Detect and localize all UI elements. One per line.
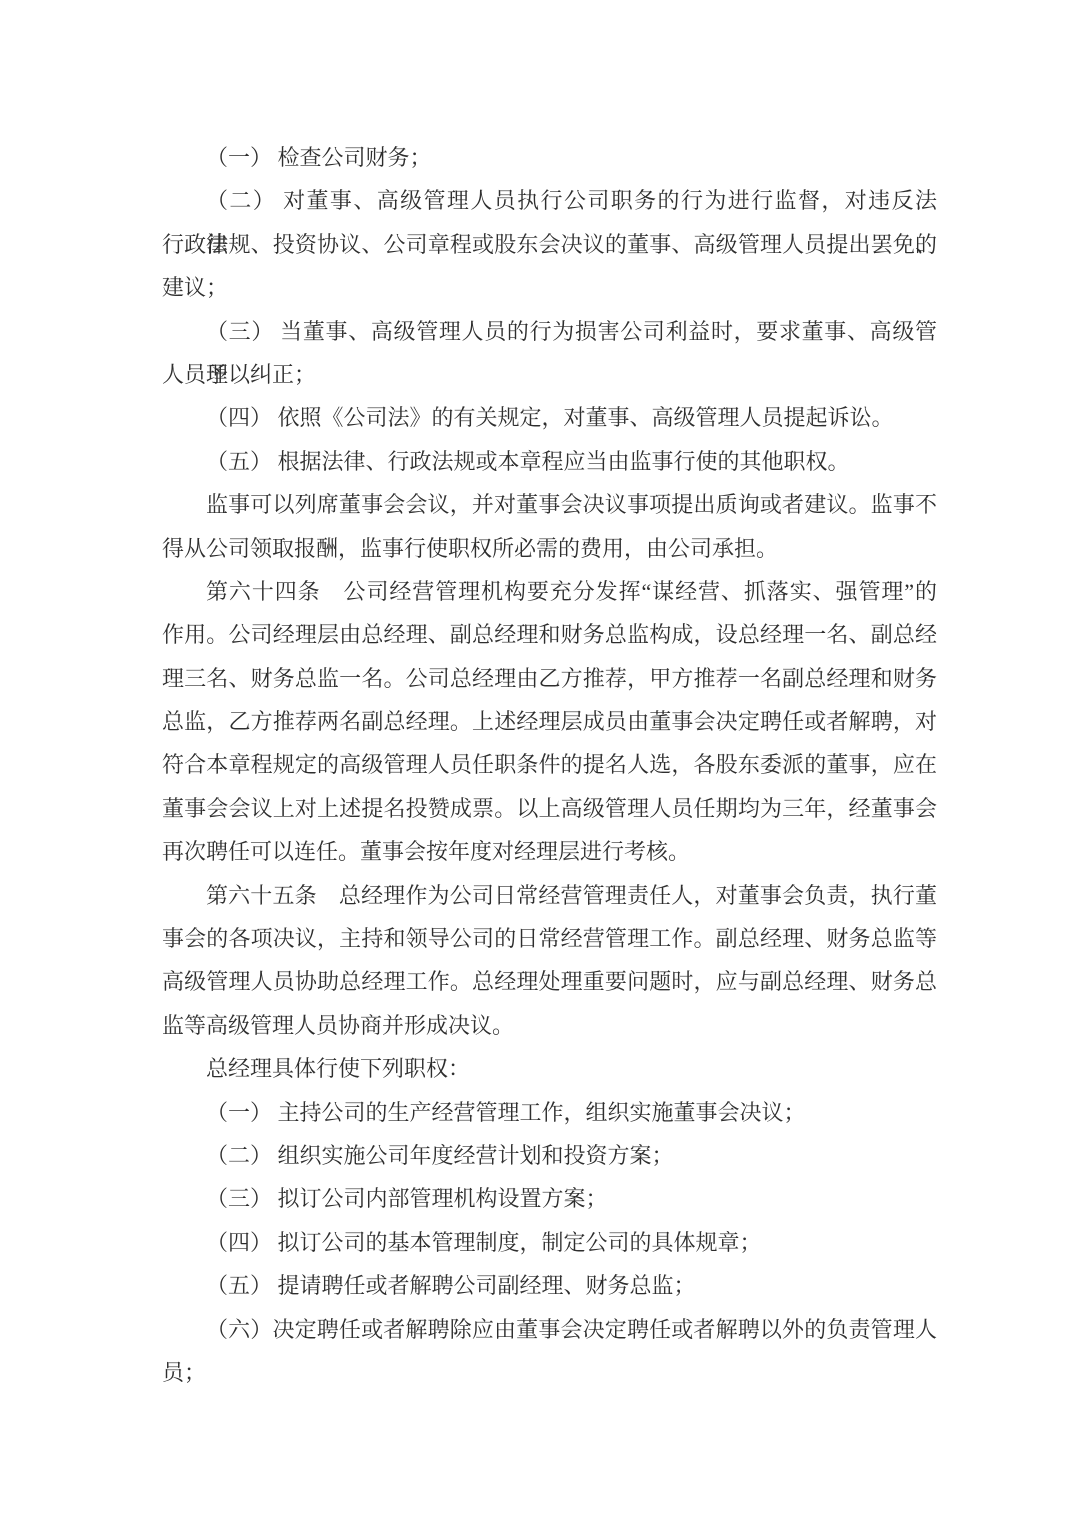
document-line: 第六十四条 公司经营管理机构要充分发挥“谋经营、抓落实、强管理”的 — [162, 570, 937, 613]
document-line: （四） 拟订公司的基本管理制度，制定公司的具体规章； — [162, 1221, 937, 1264]
document-line: 理三名、财务总监一名。公司总经理由乙方推荐，甲方推荐一名副总经理和财务 — [162, 657, 937, 700]
document-line: 人员予以纠正； — [162, 353, 937, 396]
document-line: （三） 当董事、高级管理人员的行为损害公司利益时，要求董事、高级管理 — [162, 310, 937, 353]
document-line: 监等高级管理人员协商并形成决议。 — [162, 1004, 937, 1047]
document-line: 行政法规、投资协议、公司章程或股东会决议的董事、高级管理人员提出罢免的 — [162, 223, 937, 266]
document-line: 总监，乙方推荐两名副总经理。上述经理层成员由董事会决定聘任或者解聘，对 — [162, 700, 937, 743]
document-body: （一） 检查公司财务；（二） 对董事、高级管理人员执行公司职务的行为进行监督，对… — [162, 136, 937, 1394]
document-line: （四） 依照《公司法》的有关规定，对董事、高级管理人员提起诉讼。 — [162, 396, 937, 439]
document-line: （三） 拟订公司内部管理机构设置方案； — [162, 1177, 937, 1220]
document-line: 作用。公司经理层由总经理、副总经理和财务总监构成，设总经理一名、副总经 — [162, 613, 937, 656]
document-line: 再次聘任可以连任。董事会按年度对经理层进行考核。 — [162, 830, 937, 873]
document-line: 董事会会议上对上述提名投赞成票。以上高级管理人员任期均为三年，经董事会 — [162, 787, 937, 830]
document-line: 符合本章程规定的高级管理人员任职条件的提名人选，各股东委派的董事，应在 — [162, 743, 937, 786]
document-line: 第六十五条 总经理作为公司日常经营管理责任人，对董事会负责，执行董 — [162, 874, 937, 917]
document-page: （一） 检查公司财务；（二） 对董事、高级管理人员执行公司职务的行为进行监督，对… — [0, 0, 1080, 1527]
document-line: 员； — [162, 1351, 937, 1394]
document-line: 事会的各项决议，主持和领导公司的日常经营管理工作。副总经理、财务总监等 — [162, 917, 937, 960]
document-line: 建议； — [162, 266, 937, 309]
document-line: （二） 对董事、高级管理人员执行公司职务的行为进行监督，对违反法律、 — [162, 179, 937, 222]
document-line: （一） 检查公司财务； — [162, 136, 937, 179]
document-line: （五） 根据法律、行政法规或本章程应当由监事行使的其他职权。 — [162, 440, 937, 483]
document-line: （五） 提请聘任或者解聘公司副经理、财务总监； — [162, 1264, 937, 1307]
document-line: 得从公司领取报酬，监事行使职权所必需的费用，由公司承担。 — [162, 527, 937, 570]
document-line: 高级管理人员协助总经理工作。总经理处理重要问题时，应与副总经理、财务总 — [162, 960, 937, 1003]
document-line: （六）决定聘任或者解聘除应由董事会决定聘任或者解聘以外的负责管理人 — [162, 1308, 937, 1351]
document-line: （二） 组织实施公司年度经营计划和投资方案； — [162, 1134, 937, 1177]
document-line: （一） 主持公司的生产经营管理工作，组织实施董事会决议； — [162, 1091, 937, 1134]
document-line: 总经理具体行使下列职权： — [162, 1047, 937, 1090]
document-line: 监事可以列席董事会会议，并对董事会决议事项提出质询或者建议。监事不 — [162, 483, 937, 526]
